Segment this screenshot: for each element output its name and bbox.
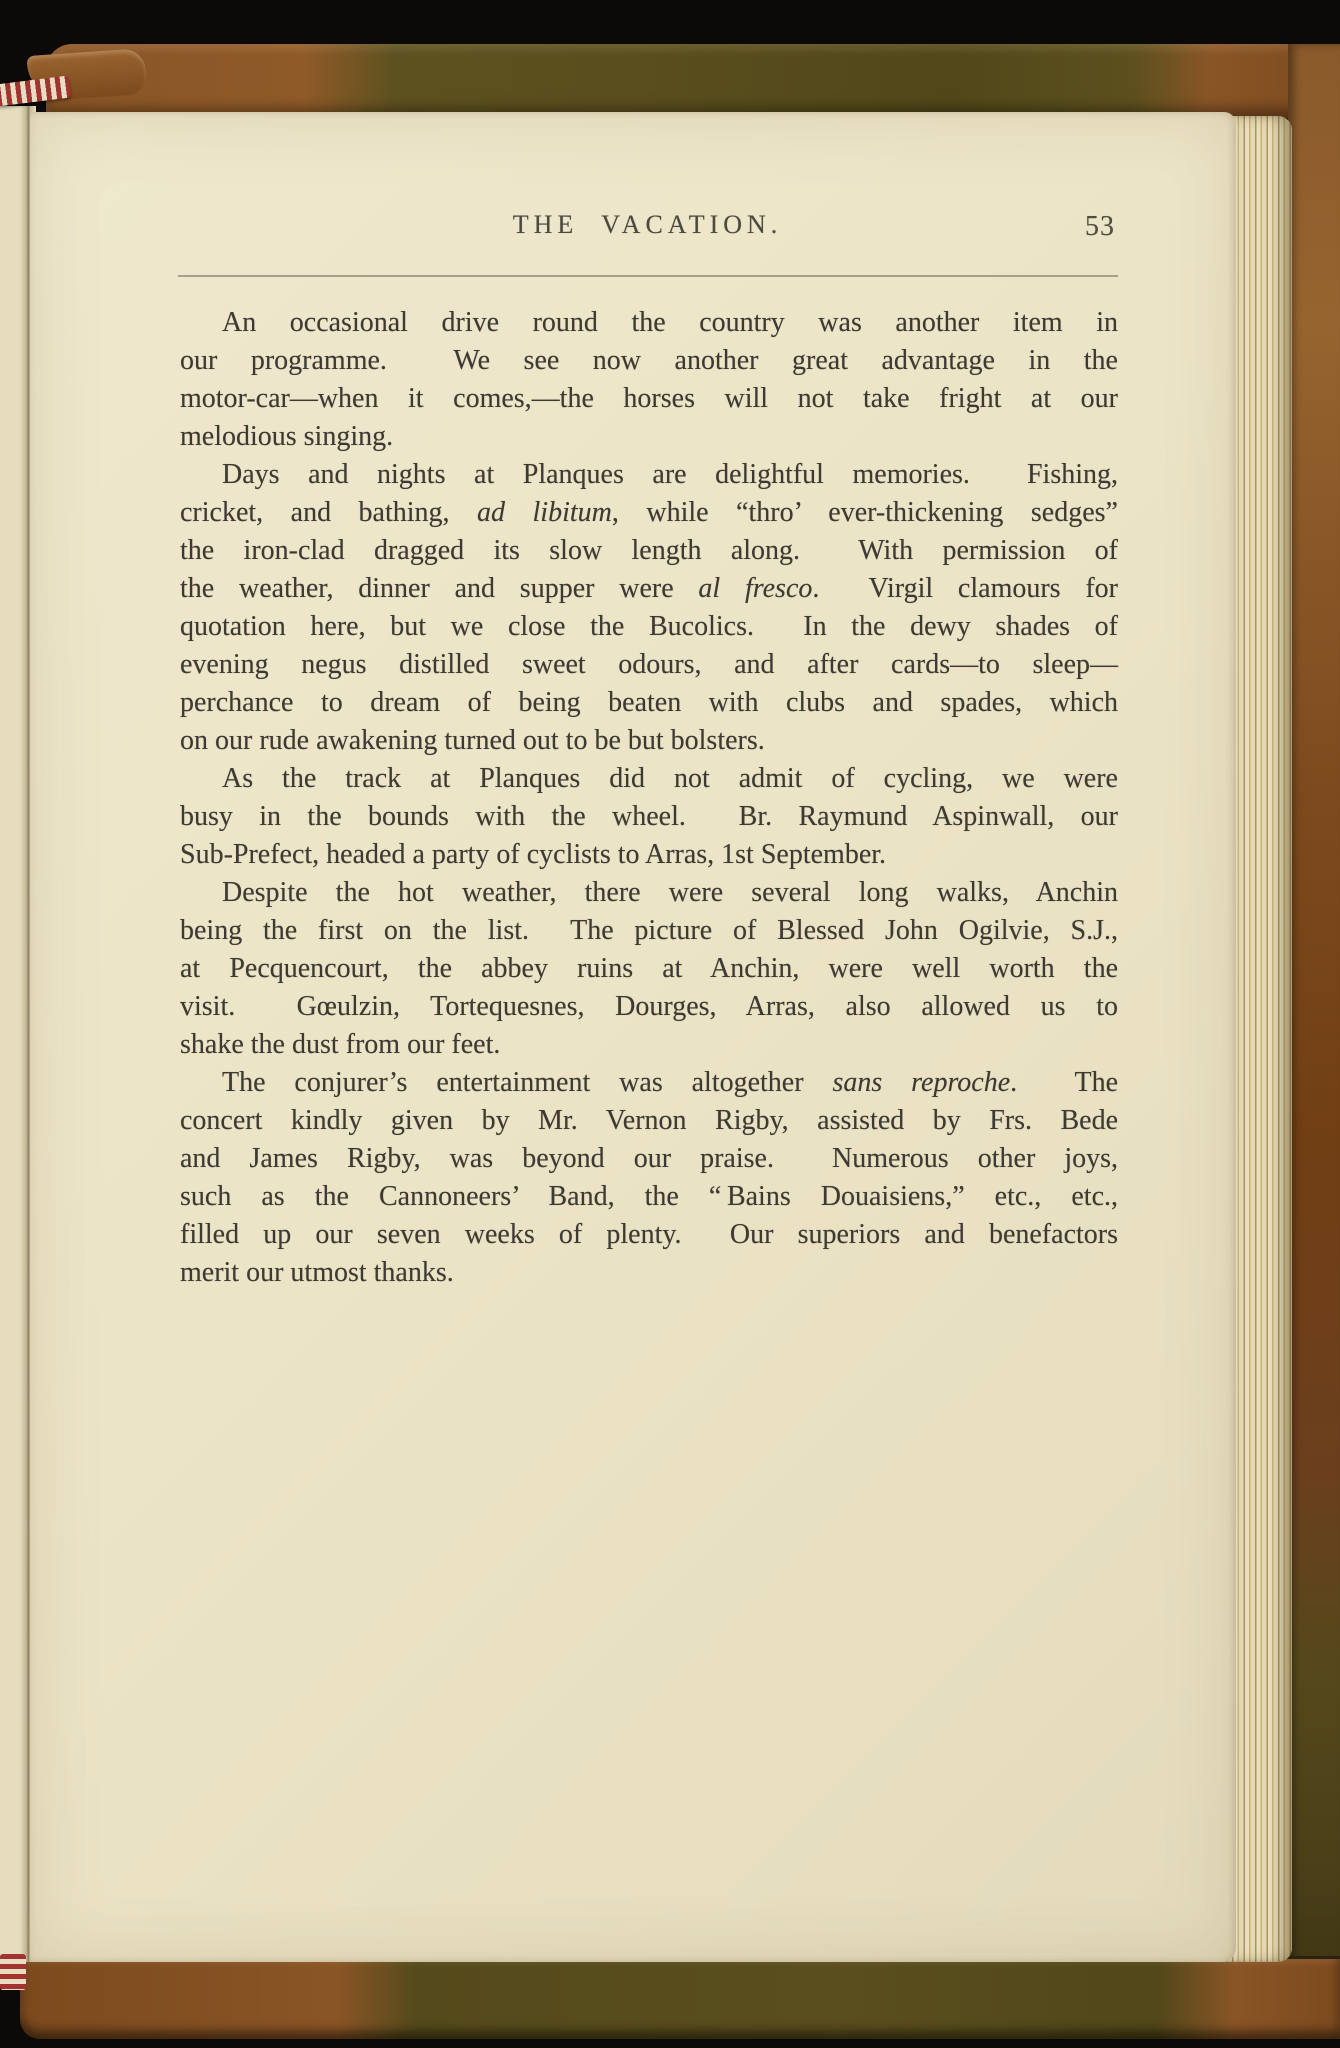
running-header: THE VACATION. 53 [180,210,1115,250]
text-line: The conjurer’s entertainment was altoget… [180,1064,1118,1102]
text-segment: melodious singing. [180,421,393,452]
text-line: melodious singing. [180,418,1118,456]
book-page: THE VACATION. 53 An occasional drive rou… [30,112,1236,1962]
text-line: cricket, and bathing, ad libitum, while … [180,494,1118,532]
text-line: such as the Cannoneers’ Band, the “ Bain… [180,1178,1118,1216]
text-line: Sub-Prefect, headed a party of cyclists … [180,836,1118,874]
text-segment: being the first on the list. The picture… [180,915,1118,946]
book-cover-top-edge [46,44,1340,122]
text-line: concert kindly given by Mr. Vernon Rigby… [180,1102,1118,1140]
italic-text-segment: al fresco [698,573,812,604]
text-segment: The conjurer’s entertainment was altoget… [222,1067,832,1098]
text-segment: . The [1010,1067,1118,1098]
paragraph: Days and nights at Planques are delightf… [180,456,1118,760]
text-line: An occasional drive round the country wa… [180,304,1118,342]
text-line: visit. Gœulzin, Tortequesnes, Dourges, A… [180,988,1118,1026]
text-segment: on our rude awakening turned out to be b… [180,725,765,756]
text-line: perchance to dream of being beaten with … [180,684,1118,722]
text-segment: . Virgil clamours for [812,573,1118,604]
text-segment: An occasional drive round the country wa… [222,307,1118,338]
headband-bottom [0,1954,26,1990]
text-segment: at Pecquencourt, the abbey ruins at Anch… [180,953,1118,984]
text-segment: cricket, and bathing, [180,497,477,528]
text-segment: busy in the bounds with the wheel. Br. R… [180,801,1118,832]
text-line: the weather, dinner and supper were al f… [180,570,1118,608]
text-segment: filled up our seven weeks of plenty. Our… [180,1219,1118,1250]
text-line: on our rude awakening turned out to be b… [180,722,1118,760]
text-segment: concert kindly given by Mr. Vernon Rigby… [180,1105,1118,1136]
book-cover-bottom-edge [20,1956,1340,2039]
header-title: THE VACATION. [180,210,1115,240]
text-line: our programme. We see now another great … [180,342,1118,380]
text-segment: visit. Gœulzin, Tortequesnes, Dourges, A… [180,991,1118,1022]
paragraph: As the track at Planques did not admit o… [180,760,1118,874]
text-line: evening negus distilled sweet odours, an… [180,646,1118,684]
text-line: Despite the hot weather, there were seve… [180,874,1118,912]
text-line: quotation here, but we close the Bucolic… [180,608,1118,646]
text-segment: motor-car—when it comes,—the horses will… [180,383,1118,414]
text-line: filled up our seven weeks of plenty. Our… [180,1216,1118,1254]
text-segment: the weather, dinner and supper were [180,573,698,604]
text-line: being the first on the list. The picture… [180,912,1118,950]
text-segment: our programme. We see now another great … [180,345,1118,376]
text-line: at Pecquencourt, the abbey ruins at Anch… [180,950,1118,988]
italic-text-segment: ad libitum [477,497,612,528]
paragraph: The conjurer’s entertainment was altoget… [180,1064,1118,1292]
text-line: Days and nights at Planques are delightf… [180,456,1118,494]
paragraph: An occasional drive round the country wa… [180,304,1118,456]
header-rule [178,275,1118,277]
text-segment: such as the Cannoneers’ Band, the “ Bain… [180,1181,1118,1212]
text-segment: shake the dust from our feet. [180,1029,500,1060]
text-segment: and James Rigby, was beyond our praise. … [180,1143,1118,1174]
page-number: 53 [1085,211,1115,243]
text-block: An occasional drive round the country wa… [180,304,1118,1292]
text-segment: Sub-Prefect, headed a party of cyclists … [180,839,886,870]
text-segment: , while “thro’ ever-thickening sedges” [612,497,1118,528]
text-line: motor-car—when it comes,—the horses will… [180,380,1118,418]
italic-text-segment: sans reproche [832,1067,1010,1098]
text-line: shake the dust from our feet. [180,1026,1118,1064]
text-segment: Despite the hot weather, there were seve… [222,877,1118,908]
text-segment: Days and nights at Planques are delightf… [222,459,1118,490]
text-segment: merit our utmost thanks. [180,1257,454,1288]
text-line: As the track at Planques did not admit o… [180,760,1118,798]
text-segment: perchance to dream of being beaten with … [180,687,1118,718]
text-segment: the iron-clad dragged its slow length al… [180,535,1118,566]
text-line: and James Rigby, was beyond our praise. … [180,1140,1118,1178]
text-segment: As the track at Planques did not admit o… [222,763,1118,794]
book-cover-right-edge [1288,44,1340,2030]
text-line: merit our utmost thanks. [180,1254,1118,1292]
text-segment: quotation here, but we close the Bucolic… [180,611,1118,642]
text-line: the iron-clad dragged its slow length al… [180,532,1118,570]
text-line: busy in the bounds with the wheel. Br. R… [180,798,1118,836]
paragraph: Despite the hot weather, there were seve… [180,874,1118,1064]
text-segment: evening negus distilled sweet odours, an… [180,649,1118,680]
